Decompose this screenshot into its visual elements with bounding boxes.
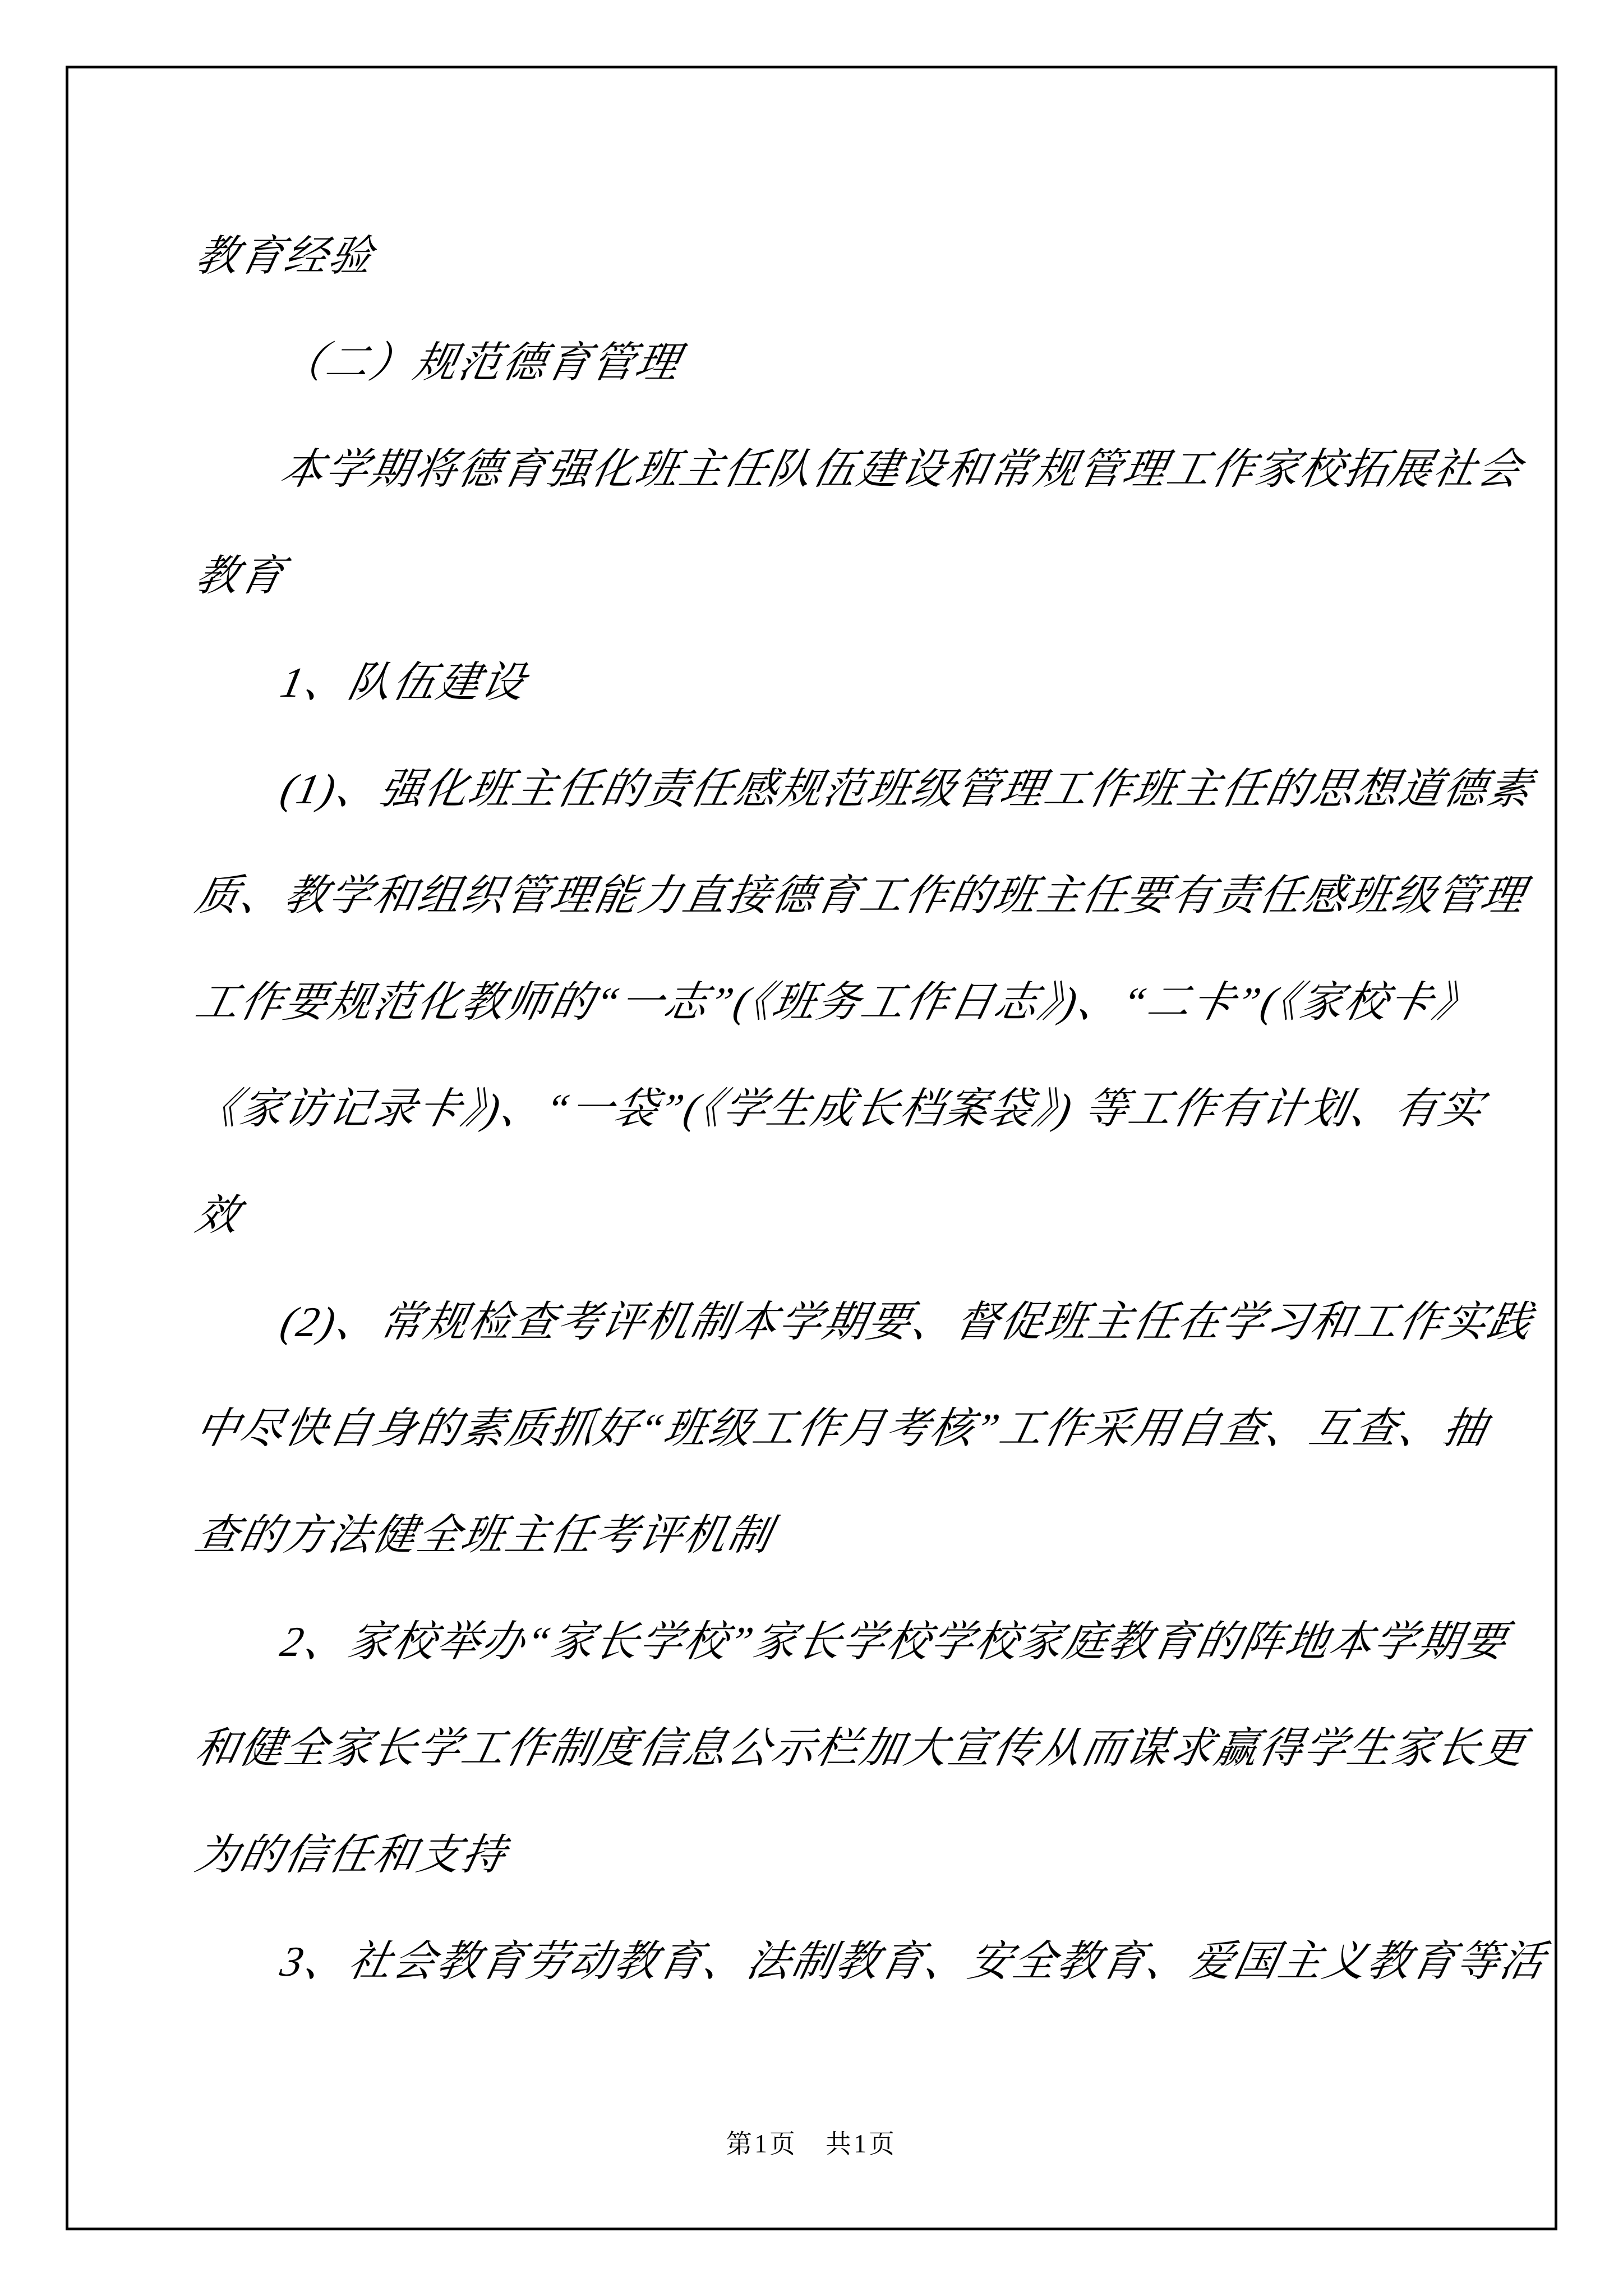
page-number: 第1页 共1页 [726,2129,897,2158]
text-line: (1)、强化班主任的责任感规范班级管理工作班主任的思想道德素 [196,736,1484,843]
text-line-content: 本学期将德育强化班主任队伍建设和常规管理工作家校拓展社会 [270,416,1533,523]
text-line-content: 工作要规范化教师的“一志”(《班务工作日志》)、“二卡”(《家校卡》 [185,949,1489,1056]
text-line: 为的信任和支持 [196,1802,1484,1908]
text-line-content: 《家访记录卡》)、“一袋”(《学生成长档案袋》) 等工作有计划、有实 [185,1056,1495,1162]
text-line: 效 [196,1162,1484,1269]
text-line-content: 质、教学和组织管理能力直接德育工作的班主任要有责任感班级管理 [185,843,1537,949]
text-line-content: 2、家校举办“家长学校”家长学校学校家庭教育的阵地本学期要 [270,1589,1519,1695]
text-line: 2、家校举办“家长学校”家长学校学校家庭教育的阵地本学期要 [196,1589,1484,1695]
text-line: 查的方法健全班主任考评机制 [196,1482,1484,1589]
text-line: 3、社会教育劳动教育、法制教育、安全教育、爱国主义教育等活 [196,1908,1484,2015]
text-line-content: 查的方法健全班主任考评机制 [185,1482,783,1589]
text-line-content: (1)、强化班主任的责任感规范班级管理工作班主任的思想道德素 [270,736,1544,843]
document-body: 教育经验（二）规范德育管理本学期将德育强化班主任队伍建设和常规管理工作家校拓展社… [196,203,1484,2015]
text-line: 和健全家长学工作制度信息公示栏加大宣传从而谋求赢得学生家长更 [196,1695,1484,1802]
text-line: 质、教学和组织管理能力直接德育工作的班主任要有责任感班级管理 [196,843,1484,949]
text-line: 教育经验 [196,203,1484,310]
document-page: { "page": { "background_color": "#ffffff… [0,0,1623,2296]
text-line-content: （二）规范德育管理 [270,310,691,416]
text-line: (2)、常规检查考评机制本学期要、督促班主任在学习和工作实践 [196,1269,1484,1375]
page-footer: 第1页 共1页 [0,2123,1623,2160]
text-line-content: 和健全家长学工作制度信息公示栏加大宣传从而谋求赢得学生家长更 [185,1695,1537,1802]
text-line: 教育 [196,523,1484,629]
text-line: 本学期将德育强化班主任队伍建设和常规管理工作家校拓展社会 [196,416,1484,523]
text-line: 中尽快自身的素质抓好“班级工作月考核”工作采用自查、互查、抽 [196,1375,1484,1482]
text-line-content: 3、社会教育劳动教育、法制教育、安全教育、爱国主义教育等活 [270,1908,1556,2015]
text-line-content: 中尽快自身的素质抓好“班级工作月考核”工作采用自查、互查、抽 [185,1375,1499,1482]
text-line: 《家访记录卡》)、“一袋”(《学生成长档案袋》) 等工作有计划、有实 [196,1056,1484,1162]
text-line: （二）规范德育管理 [196,310,1484,416]
text-line: 工作要规范化教师的“一志”(《班务工作日志》)、“二卡”(《家校卡》 [196,949,1484,1056]
text-line-content: 1、队伍建设 [270,629,537,736]
text-line-content: 为的信任和支持 [185,1802,518,1908]
text-line: 1、队伍建设 [196,629,1484,736]
text-line-content: 教育 [185,523,296,629]
text-line-content: (2)、常规检查考评机制本学期要、督促班主任在学习和工作实践 [270,1269,1544,1375]
text-line-content: 教育经验 [185,203,385,310]
